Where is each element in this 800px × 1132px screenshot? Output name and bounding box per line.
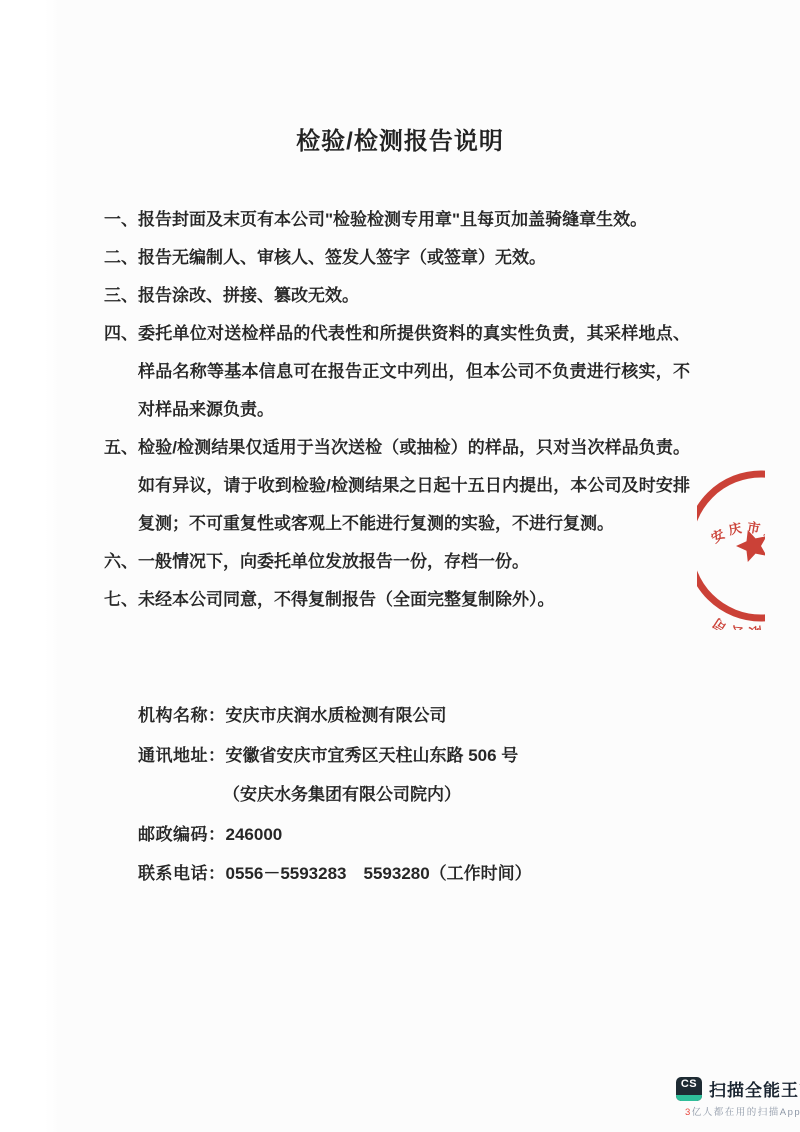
report-note-item: 一、 报告封面及末页有本公司"检验检测专用章"且每页加盖骑缝章生效。	[104, 201, 690, 239]
note-number: 五、	[104, 429, 138, 543]
address-label: 通讯地址：	[138, 746, 226, 765]
postcode-label: 邮政编码：	[138, 825, 226, 844]
org-name-line: 机构名称：安庆市庆润水质检测有限公司	[138, 696, 698, 736]
phone-value: 0556－5593283 5593280（工作时间）	[226, 864, 532, 883]
org-name-label: 机构名称：	[138, 706, 226, 725]
note-number: 一、	[104, 201, 138, 239]
note-number: 七、	[104, 581, 138, 619]
note-number: 六、	[104, 543, 138, 581]
report-note-item: 二、 报告无编制人、审核人、签发人签字（或签章）无效。	[104, 239, 690, 277]
address-extra-value: （安庆水务集团有限公司院内）	[223, 785, 461, 804]
camscanner-tagline: 3亿人都在用的扫描App	[676, 1104, 796, 1118]
page-title: 检验/检测报告说明	[0, 121, 800, 156]
camscanner-logo-icon: CS	[676, 1077, 702, 1101]
address-line: 通讯地址：安徽省安庆市宜秀区天柱山东路 506 号	[138, 736, 698, 776]
note-text: 报告涂改、拼接、篡改无效。	[138, 277, 690, 315]
report-notes-list: 一、 报告封面及末页有本公司"检验检测专用章"且每页加盖骑缝章生效。 二、 报告…	[104, 201, 690, 619]
postcode-value: 246000	[226, 825, 283, 844]
contact-info-block: 机构名称：安庆市庆润水质检测有限公司 通讯地址：安徽省安庆市宜秀区天柱山东路 5…	[138, 696, 698, 894]
report-note-item: 六、 一般情况下，向委托单位发放报告一份，存档一份。	[104, 543, 690, 581]
note-number: 三、	[104, 277, 138, 315]
report-note-item: 七、 未经本公司同意，不得复制报告（全面完整复制除外）。	[104, 581, 690, 619]
cross-page-seal-stamp: 安庆市庆润水质检测有限公司	[697, 462, 765, 630]
note-text: 报告封面及末页有本公司"检验检测专用章"且每页加盖骑缝章生效。	[138, 201, 690, 239]
note-number: 四、	[104, 315, 138, 429]
phone-label: 联系电话：	[138, 864, 226, 883]
address-value: 安徽省安庆市宜秀区天柱山东路 506 号	[226, 746, 519, 765]
address-extra-line: （安庆水务集团有限公司院内）	[138, 775, 698, 815]
tagline-highlight: 3	[685, 1107, 692, 1118]
camscanner-brand-name: 扫描全能王™	[709, 1076, 800, 1101]
report-note-item: 三、 报告涂改、拼接、篡改无效。	[104, 277, 690, 315]
note-number: 二、	[104, 239, 138, 277]
note-text: 检验/检测结果仅适用于当次送检（或抽检）的样品，只对当次样品负责。如有异议，请于…	[138, 429, 690, 543]
org-name-value: 安庆市庆润水质检测有限公司	[226, 706, 447, 725]
brand-text: 扫描全能王	[709, 1081, 799, 1100]
note-text: 未经本公司同意，不得复制报告（全面完整复制除外）。	[138, 581, 690, 619]
note-text: 一般情况下，向委托单位发放报告一份，存档一份。	[138, 543, 690, 581]
cs-icon-accent-bar	[676, 1095, 702, 1101]
report-note-item: 四、 委托单位对送检样品的代表性和所提供资料的真实性负责，其采样地点、样品名称等…	[104, 315, 690, 429]
camscanner-watermark: CS 扫描全能王™ 3亿人都在用的扫描App	[676, 1076, 796, 1118]
postcode-line: 邮政编码：246000	[138, 815, 698, 855]
note-text: 报告无编制人、审核人、签发人签字（或签章）无效。	[138, 239, 690, 277]
phone-line: 联系电话：0556－5593283 5593280（工作时间）	[138, 854, 698, 894]
report-note-item: 五、 检验/检测结果仅适用于当次送检（或抽检）的样品，只对当次样品负责。如有异议…	[104, 429, 690, 543]
note-text: 委托单位对送检样品的代表性和所提供资料的真实性负责，其采样地点、样品名称等基本信…	[138, 315, 690, 429]
tagline-rest: 亿人都在用的扫描App	[692, 1107, 800, 1118]
scanned-document-page: 检验/检测报告说明 一、 报告封面及末页有本公司"检验检测专用章"且每页加盖骑缝…	[0, 0, 800, 1132]
cs-icon-label: CS	[676, 1078, 702, 1090]
